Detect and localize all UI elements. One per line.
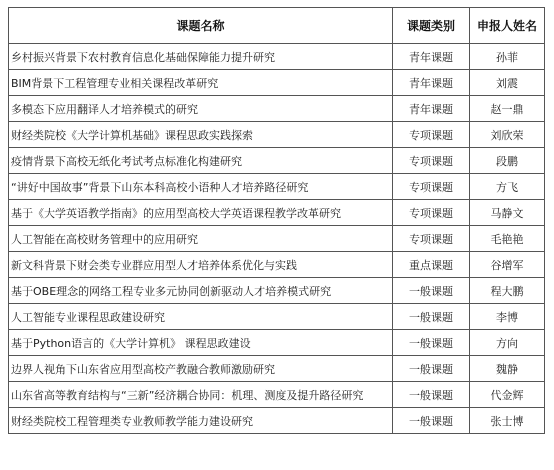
applicant-name: 段鹏 [470, 148, 545, 174]
project-title: 基于OBE理念的网络工程专业多元协同创新驱动人才培养模式研究 [9, 278, 393, 304]
project-category: 专项课题 [393, 226, 470, 252]
table-row: 财经类院校工程管理类专业教师教学能力建设研究一般课题张士博 [9, 408, 545, 434]
project-category: 重点课题 [393, 252, 470, 278]
table-row: 基于OBE理念的网络工程专业多元协同创新驱动人才培养模式研究一般课题程大鹏 [9, 278, 545, 304]
applicant-name: 赵一鼎 [470, 96, 545, 122]
project-category: 一般课题 [393, 304, 470, 330]
applicant-name: 毛艳艳 [470, 226, 545, 252]
project-category: 青年课题 [393, 44, 470, 70]
project-title: 疫情背景下高校无纸化考试考点标准化构建研究 [9, 148, 393, 174]
project-title: 基于《大学英语教学指南》的应用型高校大学英语课程教学改革研究 [9, 200, 393, 226]
table-row: 基于Python语言的《大学计算机》 课程思政建设一般课题方向 [9, 330, 545, 356]
table-row: “讲好中国故事”背景下山东本科高校小语种人才培养路径研究专项课题方飞 [9, 174, 545, 200]
project-title: 人工智能专业课程思政建设研究 [9, 304, 393, 330]
table-row: 多模态下应用翻译人才培养模式的研究青年课题赵一鼎 [9, 96, 545, 122]
project-category: 一般课题 [393, 356, 470, 382]
project-title: 边界人视角下山东省应用型高校产教融合教师激励研究 [9, 356, 393, 382]
table-row: BIM背景下工程管理专业相关课程改革研究青年课题刘震 [9, 70, 545, 96]
applicant-name: 刘震 [470, 70, 545, 96]
project-category: 青年课题 [393, 96, 470, 122]
applicant-name: 张士博 [470, 408, 545, 434]
header-applicant: 申报人姓名 [470, 8, 545, 44]
applicant-name: 李博 [470, 304, 545, 330]
project-category: 专项课题 [393, 200, 470, 226]
applicant-name: 程大鹏 [470, 278, 545, 304]
table-row: 基于《大学英语教学指南》的应用型高校大学英语课程教学改革研究专项课题马静文 [9, 200, 545, 226]
table-body: 乡村振兴背景下农村教育信息化基础保障能力提升研究青年课题孙菲BIM背景下工程管理… [9, 44, 545, 434]
applicant-name: 方飞 [470, 174, 545, 200]
project-category: 青年课题 [393, 70, 470, 96]
applicant-name: 谷增军 [470, 252, 545, 278]
applicant-name: 方向 [470, 330, 545, 356]
project-title: 新文科背景下财会类专业群应用型人才培养体系优化与实践 [9, 252, 393, 278]
header-category: 课题类别 [393, 8, 470, 44]
project-title: 基于Python语言的《大学计算机》 课程思政建设 [9, 330, 393, 356]
project-title: 多模态下应用翻译人才培养模式的研究 [9, 96, 393, 122]
project-category: 一般课题 [393, 278, 470, 304]
project-category: 专项课题 [393, 148, 470, 174]
table-row: 山东省高等教育结构与“三新”经济耦合协同：机理、测度及提升路径研究一般课题代金辉 [9, 382, 545, 408]
project-category: 一般课题 [393, 408, 470, 434]
project-category: 一般课题 [393, 330, 470, 356]
applicant-name: 刘欣荣 [470, 122, 545, 148]
header-title: 课题名称 [9, 8, 393, 44]
project-category: 专项课题 [393, 122, 470, 148]
table-row: 财经类院校《大学计算机基础》课程思政实践探索专项课题刘欣荣 [9, 122, 545, 148]
header-row: 课题名称 课题类别 申报人姓名 [9, 8, 545, 44]
table-row: 人工智能专业课程思政建设研究一般课题李博 [9, 304, 545, 330]
table-row: 人工智能在高校财务管理中的应用研究专项课题毛艳艳 [9, 226, 545, 252]
table-row: 新文科背景下财会类专业群应用型人才培养体系优化与实践重点课题谷增军 [9, 252, 545, 278]
project-title: 山东省高等教育结构与“三新”经济耦合协同：机理、测度及提升路径研究 [9, 382, 393, 408]
project-category: 一般课题 [393, 382, 470, 408]
project-title: BIM背景下工程管理专业相关课程改革研究 [9, 70, 393, 96]
table-row: 疫情背景下高校无纸化考试考点标准化构建研究专项课题段鹏 [9, 148, 545, 174]
project-category: 专项课题 [393, 174, 470, 200]
applicant-name: 马静文 [470, 200, 545, 226]
table-row: 边界人视角下山东省应用型高校产教融合教师激励研究一般课题魏静 [9, 356, 545, 382]
applicant-name: 代金辉 [470, 382, 545, 408]
project-table: 课题名称 课题类别 申报人姓名 乡村振兴背景下农村教育信息化基础保障能力提升研究… [8, 7, 545, 434]
table-row: 乡村振兴背景下农村教育信息化基础保障能力提升研究青年课题孙菲 [9, 44, 545, 70]
project-title: 人工智能在高校财务管理中的应用研究 [9, 226, 393, 252]
project-title: “讲好中国故事”背景下山东本科高校小语种人才培养路径研究 [9, 174, 393, 200]
project-title: 财经类院校《大学计算机基础》课程思政实践探索 [9, 122, 393, 148]
project-title: 财经类院校工程管理类专业教师教学能力建设研究 [9, 408, 393, 434]
project-title: 乡村振兴背景下农村教育信息化基础保障能力提升研究 [9, 44, 393, 70]
applicant-name: 孙菲 [470, 44, 545, 70]
applicant-name: 魏静 [470, 356, 545, 382]
